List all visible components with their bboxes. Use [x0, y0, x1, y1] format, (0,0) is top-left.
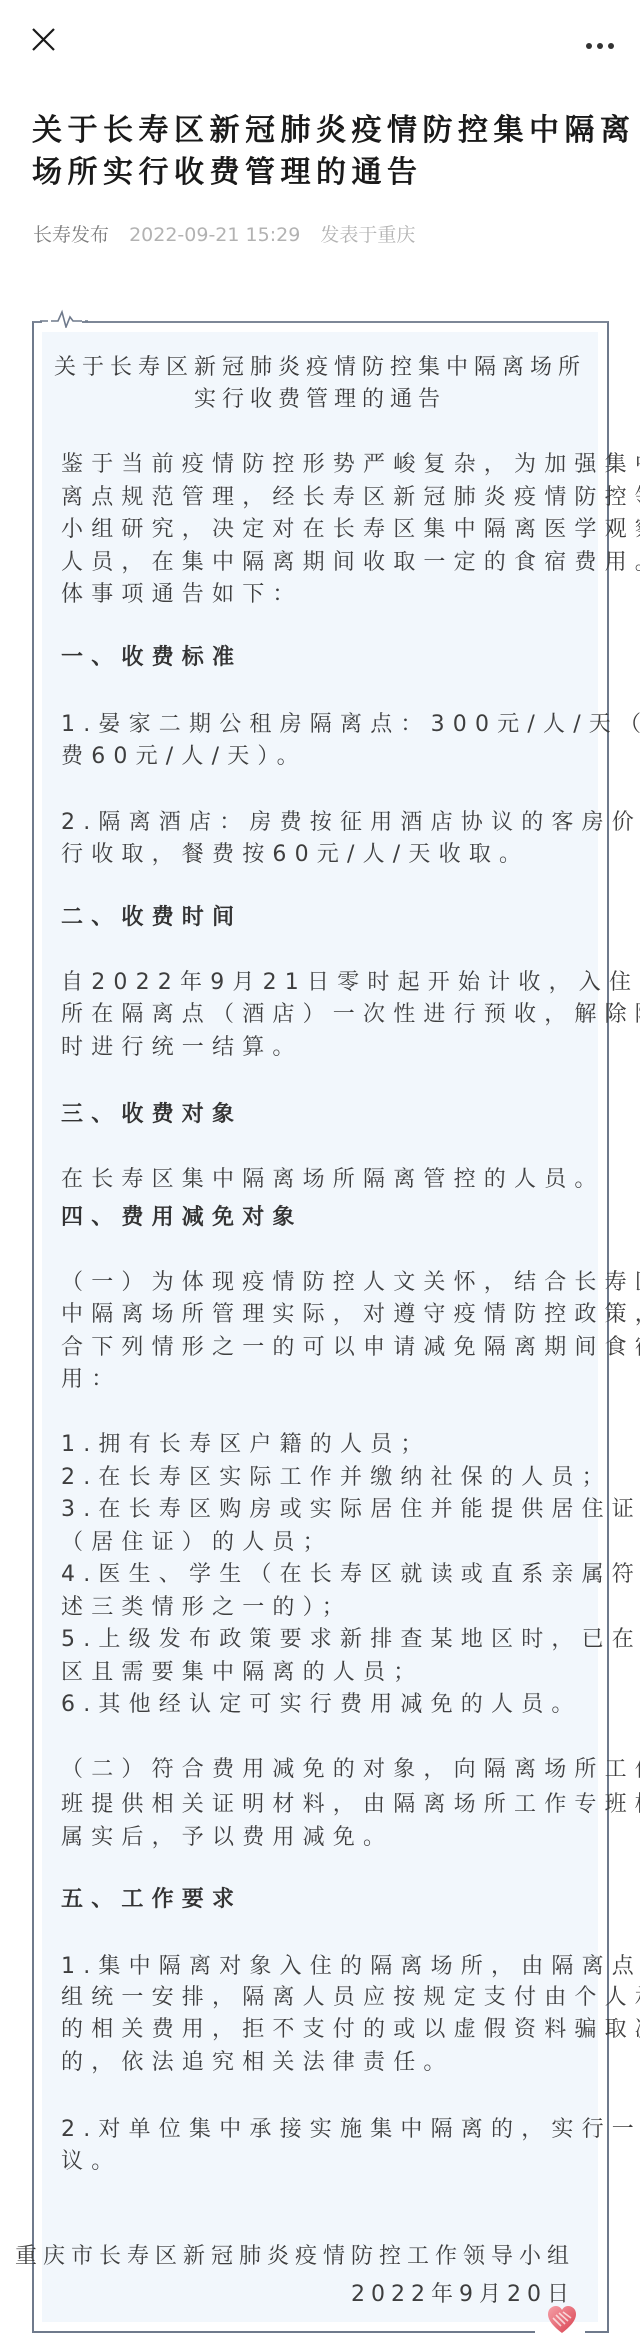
- author-link[interactable]: 长寿发布: [33, 224, 109, 246]
- section-line: 合下列情形之一的可以申请减免隔离期间食宿费: [61, 1333, 640, 1363]
- signature-org: 重庆市长寿区新冠肺炎疫情防控工作领导小组: [15, 2242, 575, 2272]
- section-heading: 二、收费时间: [61, 903, 242, 933]
- section-line: 的相关费用，拒不支付的或以虚假资料骗取减免: [61, 2015, 640, 2045]
- section-line: 组统一安排，隔离人员应按规定支付由个人承担: [61, 1983, 640, 2013]
- section-line: 所在隔离点（酒店）一次性进行预收，解除隔离: [61, 1000, 640, 1030]
- close-icon[interactable]: [30, 26, 58, 54]
- section-line: 班提供相关证明材料，由隔离场所工作专班核查: [61, 1790, 640, 1820]
- section-line: 议。: [61, 2147, 121, 2177]
- section-line: （一）为体现疫情防控人文关怀，结合长寿区集: [61, 1268, 640, 1298]
- section-line: 1.晏家二期公租房隔离点：300元/人/天（含餐: [61, 710, 640, 740]
- pulse-icon: [40, 304, 100, 328]
- more-icon[interactable]: [584, 38, 618, 52]
- intro-line: 离点规范管理，经长寿区新冠肺炎疫情防控领导: [61, 483, 640, 513]
- article-title-line: 场所实行收费管理的通告: [32, 152, 612, 194]
- list-item: 2.在长寿区实际工作并缴纳社保的人员；: [61, 1463, 612, 1493]
- list-item: 6.其他经认定可实行费用减免的人员。: [61, 1690, 582, 1720]
- section-line: 的，依法追究相关法律责任。: [61, 2048, 454, 2078]
- section-line: 费60元/人/天）。: [61, 742, 307, 772]
- section-line: 1.集中隔离对象入住的隔离场所，由隔离点管控: [61, 1952, 640, 1982]
- article-title-line: 关于长寿区新冠肺炎疫情防控集中隔离: [32, 110, 612, 152]
- section-line: 用：: [61, 1365, 121, 1395]
- section-line: 自2022年9月21日零时起开始计收，入住时由: [61, 968, 640, 998]
- list-item: （居住证）的人员；: [61, 1528, 333, 1558]
- article-title: 关于长寿区新冠肺炎疫情防控集中隔离 场所实行收费管理的通告: [32, 110, 612, 194]
- article-meta: 长寿发布 2022-09-21 15:29 发表于重庆: [33, 222, 415, 248]
- intro-line: 体事项通告如下：: [61, 580, 303, 610]
- section-line: 行收取，餐费按60元/人/天收取。: [61, 840, 529, 870]
- section-heading: 四、费用减免对象: [61, 1203, 303, 1233]
- section-line: 2.隔离酒店：房费按征用酒店协议的客房价格进: [61, 808, 640, 838]
- section-line: 在长寿区集中隔离场所隔离管控的人员。: [61, 1165, 605, 1195]
- publish-location: 发表于重庆: [320, 224, 415, 246]
- section-line: 中隔离场所管理实际，对遵守疫情防控政策，符: [61, 1300, 640, 1330]
- section-line: 2.对单位集中承接实施集中隔离的，实行一事一: [61, 2115, 640, 2145]
- signature-date: 2022年9月20日: [351, 2280, 575, 2310]
- intro-line: 人员，在集中隔离期间收取一定的食宿费用。具: [61, 548, 640, 578]
- section-line: 属实后，予以费用减免。: [61, 1823, 393, 1853]
- intro-line: 小组研究，决定对在长寿区集中隔离医学观察的: [61, 515, 640, 545]
- section-heading: 三、收费对象: [61, 1100, 242, 1130]
- notice-heading-line: 实行收费管理的通告: [42, 385, 598, 415]
- section-heading: 一、收费标准: [61, 643, 242, 673]
- publish-datetime: 2022-09-21 15:29: [129, 224, 300, 246]
- section-heading: 五、工作要求: [61, 1885, 242, 1915]
- list-item: 述三类情形之一的）；: [61, 1593, 352, 1623]
- list-item: 4.医生、学生（在长寿区就读或直系亲属符合上: [61, 1560, 640, 1590]
- list-item: 区且需要集中隔离的人员；: [61, 1658, 423, 1688]
- notice-heading-line: 关于长寿区新冠肺炎疫情防控集中隔离场所: [42, 353, 598, 383]
- section-line: （二）符合费用减免的对象，向隔离场所工作专: [61, 1755, 640, 1785]
- list-item: 3.在长寿区购房或实际居住并能提供居住证明: [61, 1495, 640, 1525]
- intro-line: 鉴于当前疫情防控形势严峻复杂，为加强集中隔: [61, 450, 640, 480]
- section-line: 时进行统一结算。: [61, 1033, 303, 1063]
- list-item: 5.上级发布政策要求新排查某地区时，已在长寿: [61, 1625, 640, 1655]
- list-item: 1.拥有长寿区户籍的人员；: [61, 1430, 431, 1460]
